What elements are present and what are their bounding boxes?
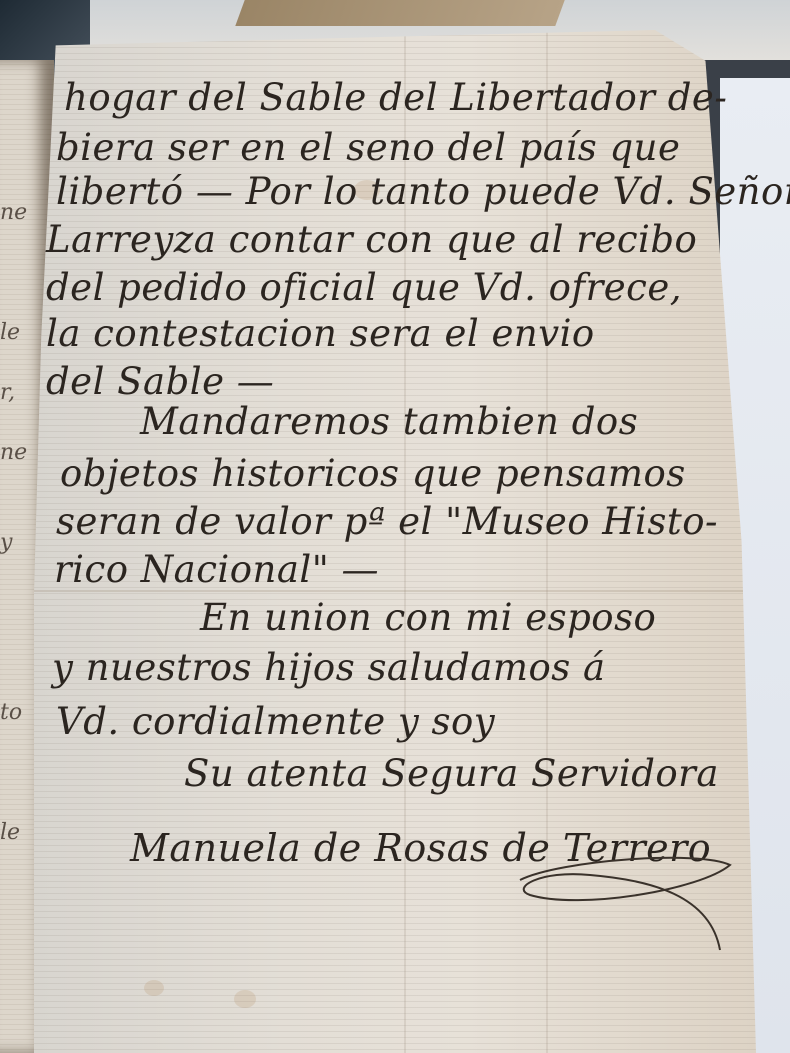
letter-line: biera ser en el seno del país que (56, 126, 680, 169)
adjacent-page-fragment: le (0, 320, 20, 345)
adjacent-page-fragment: r, (0, 380, 15, 405)
letter-line: y nuestros hijos saludamos á (52, 646, 606, 689)
letter-line: Su atenta Segura Servidora (184, 752, 719, 795)
adjacent-page-fragment: ne (0, 440, 27, 465)
letter-line: la contestacion sera el envio (46, 312, 595, 355)
letter-line: En union con mi esposo (200, 596, 656, 639)
letter-line: Mandaremos tambien dos (140, 400, 638, 443)
letter-line: rico Nacional" — (54, 548, 379, 591)
letter-line: seran de valor pª el "Museo Histo- (56, 500, 718, 543)
letter-line: del Sable — (46, 360, 274, 403)
paper-stain (144, 980, 164, 996)
letter-line: del pedido oficial que Vd. ofrece, (46, 266, 682, 309)
letter-line: hogar del Sable del Libertador de- (64, 76, 727, 119)
adjacent-page-fragment: ne (0, 200, 27, 225)
adjacent-page-fragment: to (0, 700, 22, 725)
paper-stain (234, 990, 256, 1008)
background-brown-paper (235, 0, 564, 26)
signature-flourish-icon (500, 820, 740, 960)
letter-line: libertó — Por lo tanto puede Vd. Señor (56, 170, 790, 213)
letter-line: Vd. cordialmente y soy (56, 700, 495, 743)
letter-line: objetos historicos que pensamos (60, 452, 686, 495)
adjacent-page-fragment: y (0, 530, 12, 555)
letter-line: Larreyza contar con que al recibo (46, 218, 697, 261)
adjacent-page-fragment: le (0, 820, 20, 845)
